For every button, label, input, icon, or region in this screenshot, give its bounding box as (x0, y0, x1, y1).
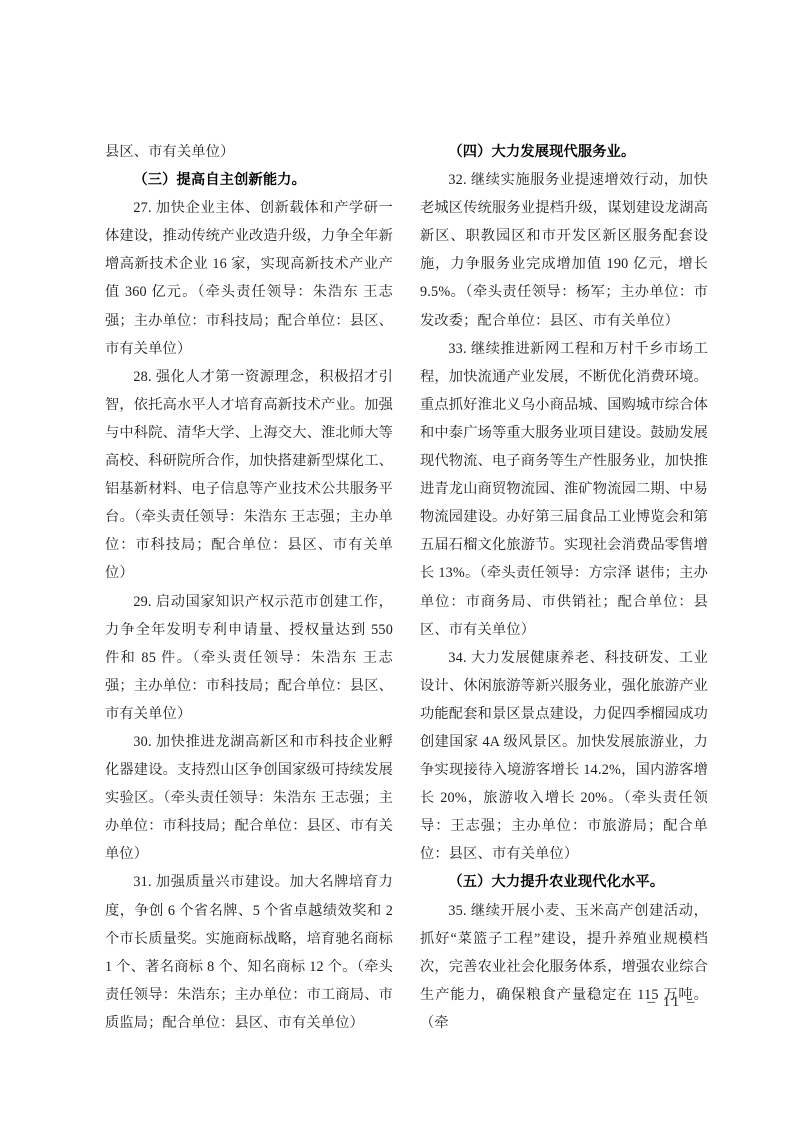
paragraph: 32. 继续实施服务业提速增效行动，加快老城区传统服务业提档升级，谋划建设龙湖高… (420, 166, 708, 335)
paragraph: 29. 启动国家知识产权示范市创建工作，力争全年发明专利申请量、授权量达到 55… (105, 588, 393, 728)
paragraph: 35. 继续开展小麦、玉米高产创建活动，抓好“菜篮子工程”建设，提升养殖业规模档… (420, 897, 708, 1037)
right-text-column: （四）大力发展现代服务业。32. 继续实施服务业提速增效行动，加快老城区传统服务… (420, 138, 708, 1037)
section-heading: （四）大力发展现代服务业。 (420, 138, 708, 166)
paragraph: 28. 强化人才第一资源理念，积极招才引智，依托高水平人才培育高新技术产业。加强… (105, 363, 393, 588)
section-heading: （三）提高自主创新能力。 (105, 166, 393, 194)
document-page: 县区、市有关单位）（三）提高自主创新能力。27. 加快企业主体、创新载体和产学研… (0, 0, 793, 1122)
paragraph: 34. 大力发展健康养老、科技研发、工业设计、休闲旅游等新兴服务业，强化旅游产业… (420, 644, 708, 869)
section-heading: （五）大力提升农业现代化水平。 (420, 868, 708, 896)
paragraph: 27. 加快企业主体、创新载体和产学研一体建设，推动传统产业改造升级，力争全年新… (105, 194, 393, 363)
paragraph: 县区、市有关单位） (105, 138, 393, 166)
page-number: – 11 – (612, 994, 732, 1011)
paragraph: 31. 加强质量兴市建设。加大名牌培育力度，争创 6 个省名牌、5 个省卓越绩效… (105, 868, 393, 1037)
left-text-column: 县区、市有关单位）（三）提高自主创新能力。27. 加快企业主体、创新载体和产学研… (105, 138, 393, 1037)
paragraph: 33. 继续推进新网工程和万村千乡市场工程，加快流通产业发展，不断优化消费环境。… (420, 335, 708, 644)
paragraph: 30. 加快推进龙湖高新区和市科技企业孵化器建设。支持烈山区争创国家级可持续发展… (105, 728, 393, 868)
